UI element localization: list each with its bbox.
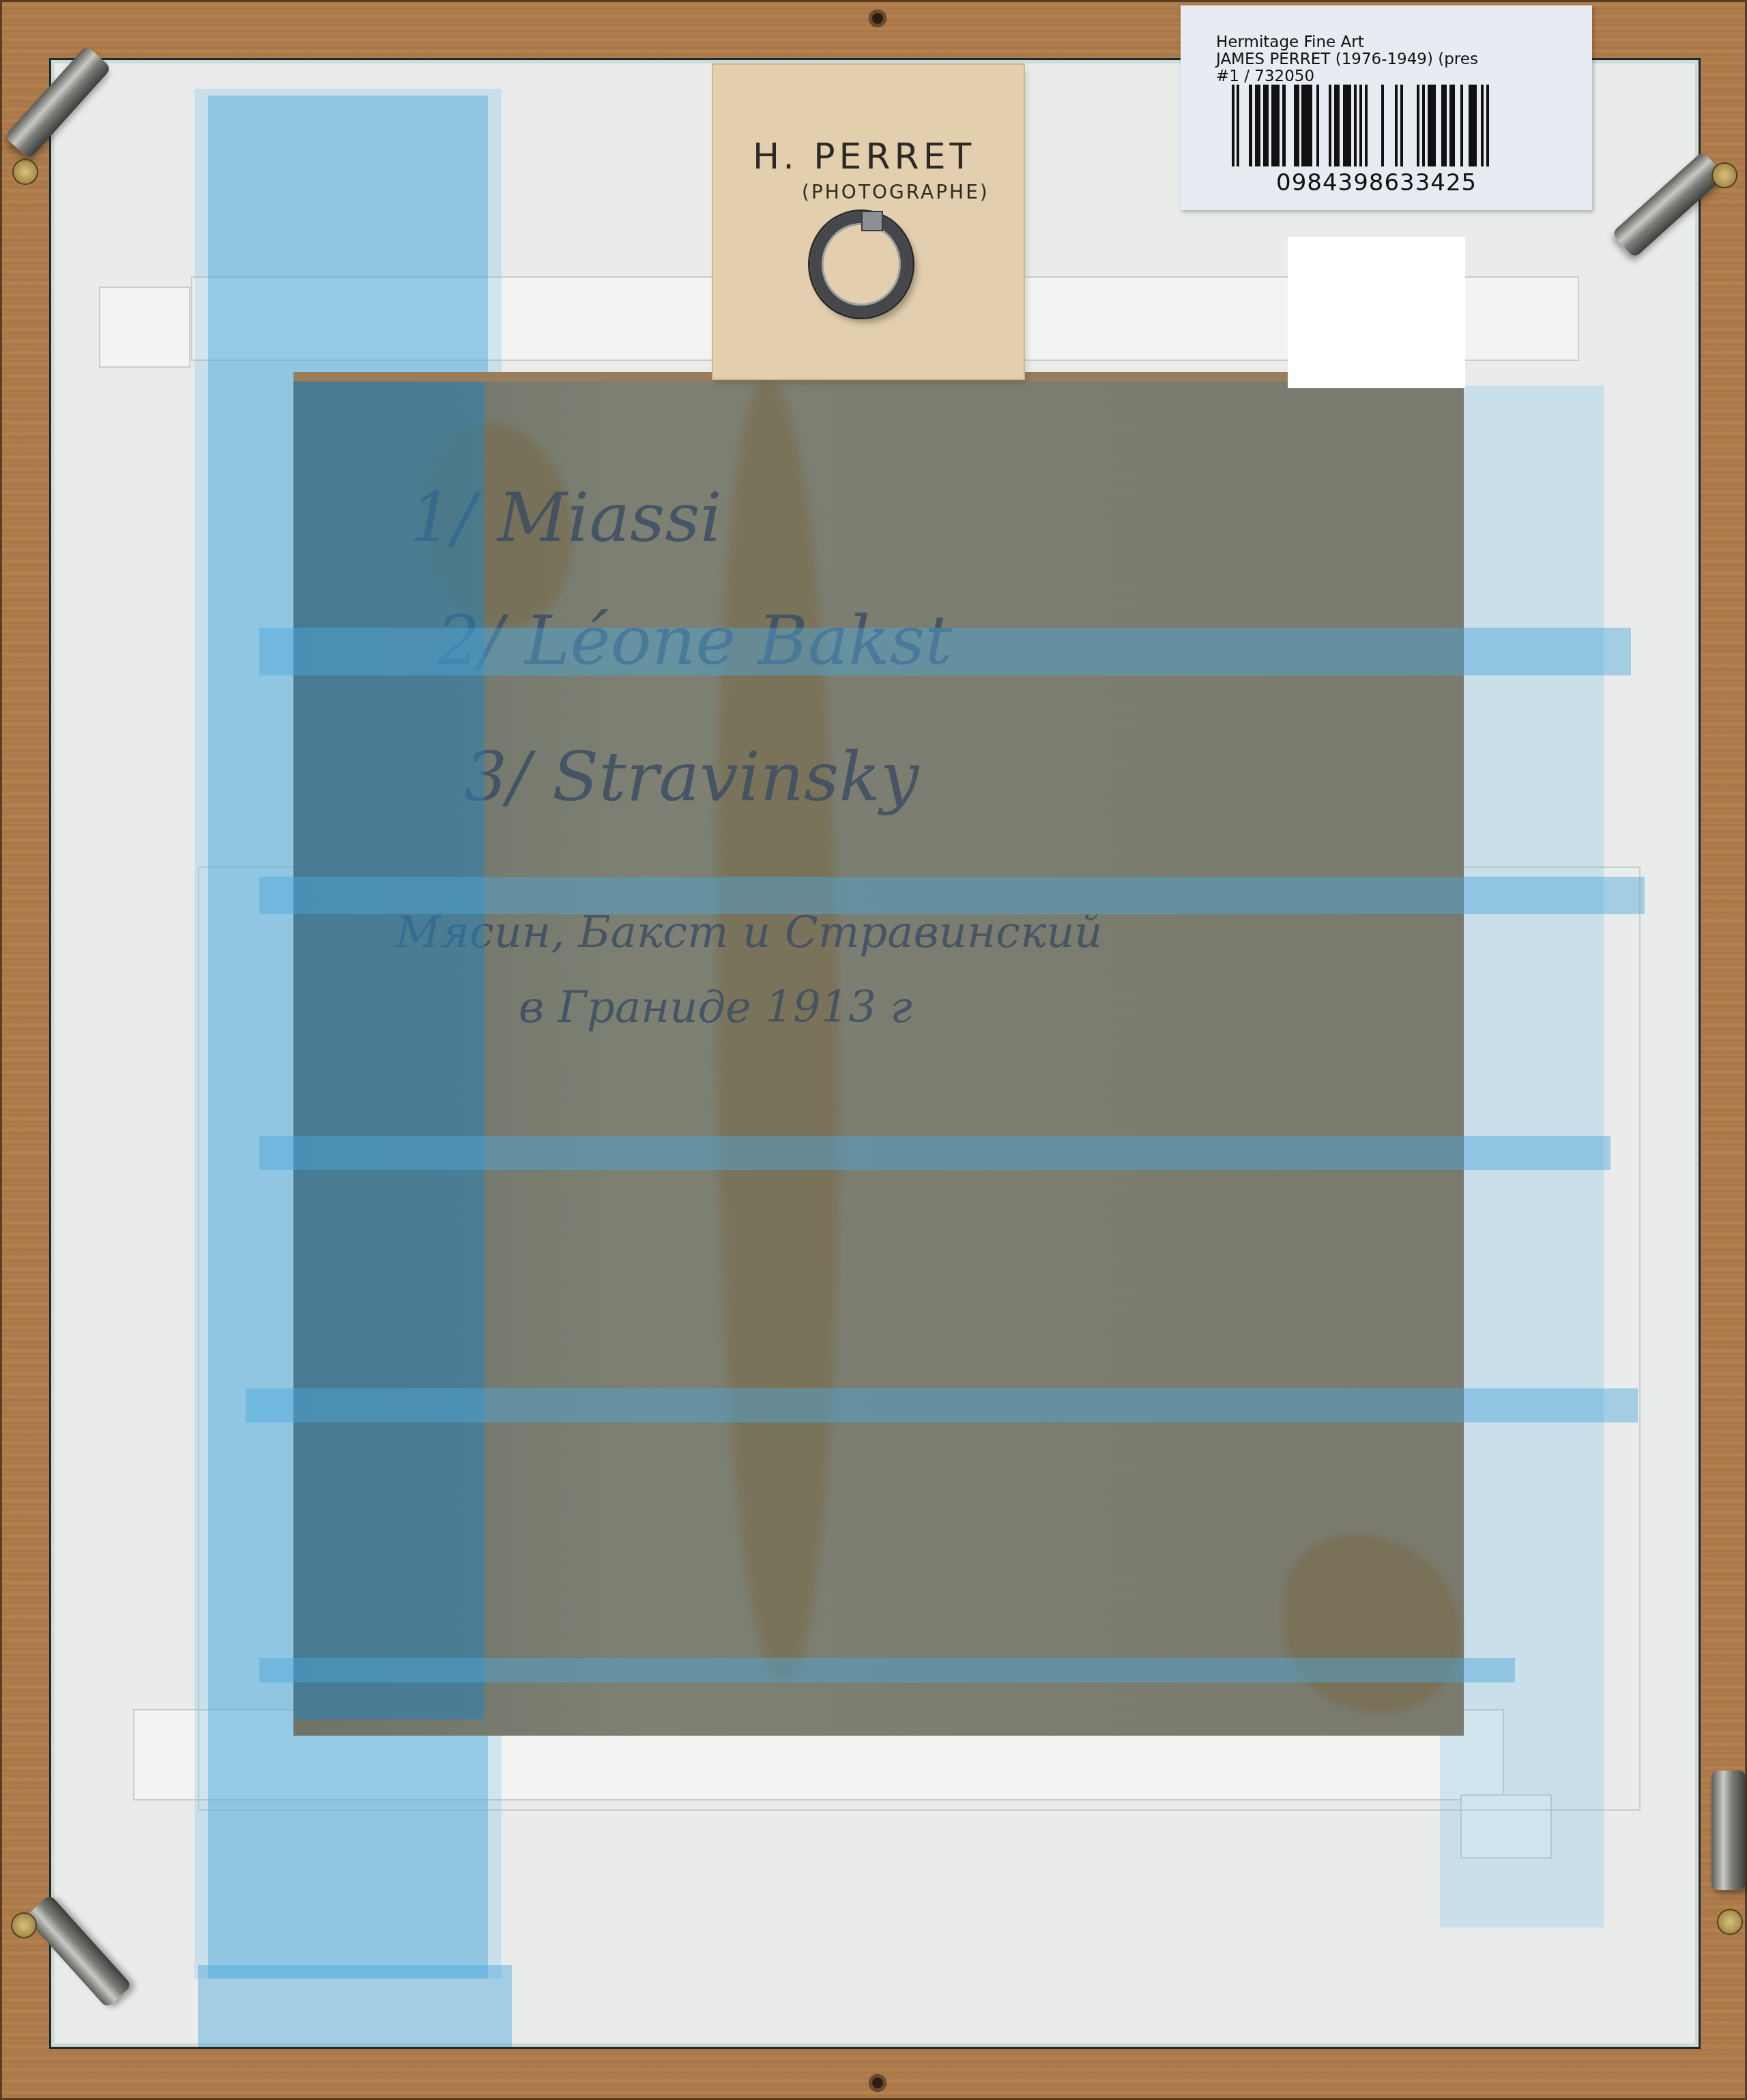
label-artist: JAMES PERRET (1976-1949) (pres xyxy=(1216,51,1478,68)
label-lot-number: #1 / 732050 xyxy=(1216,68,1314,85)
turn-button-clip-bottom-right xyxy=(1712,1770,1746,1890)
inscription-line-5: в Граниде 1913 г xyxy=(519,982,912,1033)
ring-clasp xyxy=(861,211,883,231)
mount-strip-top-left xyxy=(99,287,190,368)
tape-horizontal-4 xyxy=(246,1388,1638,1423)
photographer-label: H. PERRET (PHOTOGRAPHE) xyxy=(713,65,1024,379)
tape-bottom-left xyxy=(198,1965,512,2047)
hanger-hole-bottom xyxy=(869,2074,886,2092)
inscription-line-4: Мясин, Бакст и Стравинский xyxy=(396,907,1103,958)
label-gallery-name: Hermitage Fine Art xyxy=(1216,34,1364,51)
barcode-icon xyxy=(1232,85,1542,166)
screw-icon xyxy=(14,160,37,184)
hanger-hole-top xyxy=(869,10,886,27)
inventory-barcode-label: Hermitage Fine Art JAMES PERRET (1976-19… xyxy=(1181,5,1592,210)
barcode-number: 0984398633425 xyxy=(1276,169,1477,196)
tape-horizontal-5 xyxy=(259,1658,1515,1682)
redaction-box xyxy=(1288,237,1465,388)
tape-vertical-over-board xyxy=(293,382,485,1719)
inscription-line-3: 3/ Stravinsky xyxy=(464,737,919,817)
screw-icon xyxy=(1718,1910,1742,1934)
tape-horizontal-1 xyxy=(259,628,1631,675)
tape-horizontal-2 xyxy=(259,877,1645,914)
photographer-role: (PHOTOGRAPHE) xyxy=(802,181,990,203)
photographer-name: H. PERRET xyxy=(753,136,975,177)
screw-icon xyxy=(1713,164,1736,187)
screw-icon xyxy=(12,1914,35,1937)
tape-horizontal-3 xyxy=(259,1136,1611,1170)
